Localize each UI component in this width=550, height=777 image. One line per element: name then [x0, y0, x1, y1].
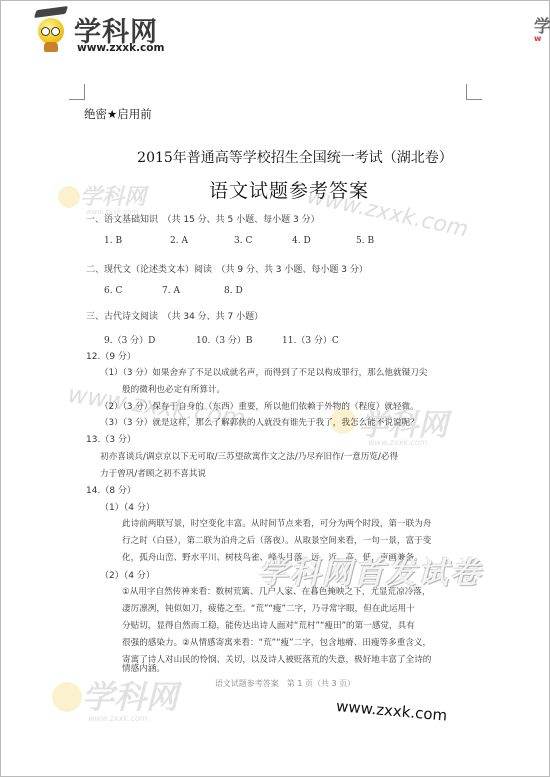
mascot-icon — [38, 18, 64, 44]
answer-7: 7. A — [162, 286, 180, 296]
q14-part-2-line-5: 寄寓了诗人对山民的怜悯、关切，以及诗人被贬落荒的失意，极好地丰富了全诗的 — [122, 653, 431, 665]
crop-mark-top-right — [466, 84, 482, 100]
answer-11: 11.（3 分）C — [282, 333, 339, 346]
answer-8: 8. D — [224, 286, 243, 296]
exam-title: 2015年普通高等学校招生全国统一考试（湖北卷） — [0, 147, 550, 167]
graduation-cap-icon — [34, 6, 68, 18]
q14-part-2-line-1: ①从用字自然传神来看：数树荒篱、几户人家、在暮色掩映之下，尤显荒凉冷落， — [122, 585, 431, 597]
q14-part-2-line-3: 分贴切，显得自然而工稳，能传达出诗人面对“荒村”“瘦田”的第一感觉，具有 — [122, 619, 415, 631]
edge-url-fragment: w — [534, 34, 541, 43]
q13-line-1: 初亦喜谈兵/调京京以下无可取/三苏望欲寓作文之法/乃尽弃旧作/一意历览/必得 — [100, 450, 398, 462]
q14-part-1-line-2: 行之时（白昼），第二联为泊舟之后（落夜）。从取景空间来看，一句一景，富于变 — [122, 534, 431, 546]
page-footer: 语文试题参考答案 第 1 页（共 3 页） — [0, 678, 550, 689]
mascot-body — [44, 42, 58, 52]
answer-5: 5. B — [356, 236, 374, 246]
q12-item-3: （3）（3 分）就是这样，那么了解郭侠的人就没有谁先于我了，我怎么能不说说呢？ — [100, 416, 419, 428]
answer-6: 6. C — [104, 286, 122, 296]
q12-label: 12.（9 分） — [86, 349, 136, 362]
section-2-heading: 二、现代文（论述类文本）阅读 （共 9 分、共 3 小题、每小题 3 分） — [86, 262, 368, 275]
q13-label: 13.（3 分） — [86, 432, 136, 445]
q14-part-2-line-2: 凄厉凛冽，钝似如刀，疲倦之至。“荒”“瘦”二字，乃寻常字眼，但在此运用十 — [122, 602, 415, 614]
confidential-label: 绝密★启用前 — [84, 106, 152, 122]
q14-part-2-label: （2）（4 分） — [100, 568, 155, 581]
answer-9: 9.（3 分）D — [104, 333, 155, 346]
section-1-heading: 一、语文基础知识 （共 15 分、共 5 小题、每小题 3 分） — [86, 212, 320, 225]
answer-1: 1. B — [104, 236, 122, 246]
q14-part-1-line-3: 化，孤舟山峦、野水平川、树枝鸟雀、峰头月落，远、近、高、低，声画兼备。 — [122, 551, 423, 563]
q14-part-2-line-4: 很强的感染力。②从情感寄寓来看：“荒”“瘦”二字，包含地瘠、田瘦等多重含义， — [122, 636, 431, 648]
site-logo[interactable]: 学科网 www.zxxk.com — [34, 4, 174, 54]
q14-part-1-line-1: 此诗前两联写景，时空变化丰富。从时间节点来看，可分为两个时段，第一联为舟 — [122, 517, 431, 529]
answer-2: 2. A — [170, 236, 188, 246]
answer-key-title: 语文试题参考答案 — [0, 176, 550, 203]
crop-mark-top-left — [69, 84, 85, 100]
logo-url: www.zxxk.com — [77, 42, 164, 54]
q12-item-1-cont: 般的微利也必定有所算计。 — [122, 383, 225, 395]
q14-label: 14.（8 分） — [86, 483, 136, 496]
answer-3: 3. C — [234, 236, 252, 246]
answer-4: 4. D — [292, 236, 311, 246]
q13-line-2: 力于曾巩/者顾之初不喜其说 — [100, 467, 206, 479]
q14-part-2-line-6: 情感内涵。 — [122, 662, 165, 674]
q12-item-1: （1）（3 分）如果舍弃了不足以成就名声，而得到了不足以构成罪行，那么他就镊刀尖 — [100, 366, 427, 378]
answer-10: 10.（3 分）B — [196, 333, 253, 346]
section-3-heading: 三、古代诗文阅读 （共 34 分、共 7 小题） — [86, 309, 263, 322]
q14-part-1-label: （1）（4 分） — [100, 500, 155, 513]
q12-item-2: （2）（3 分）保存于自身的（东西）重要，所以他们依赖于外物的（程度）就轻微。 — [100, 400, 419, 412]
